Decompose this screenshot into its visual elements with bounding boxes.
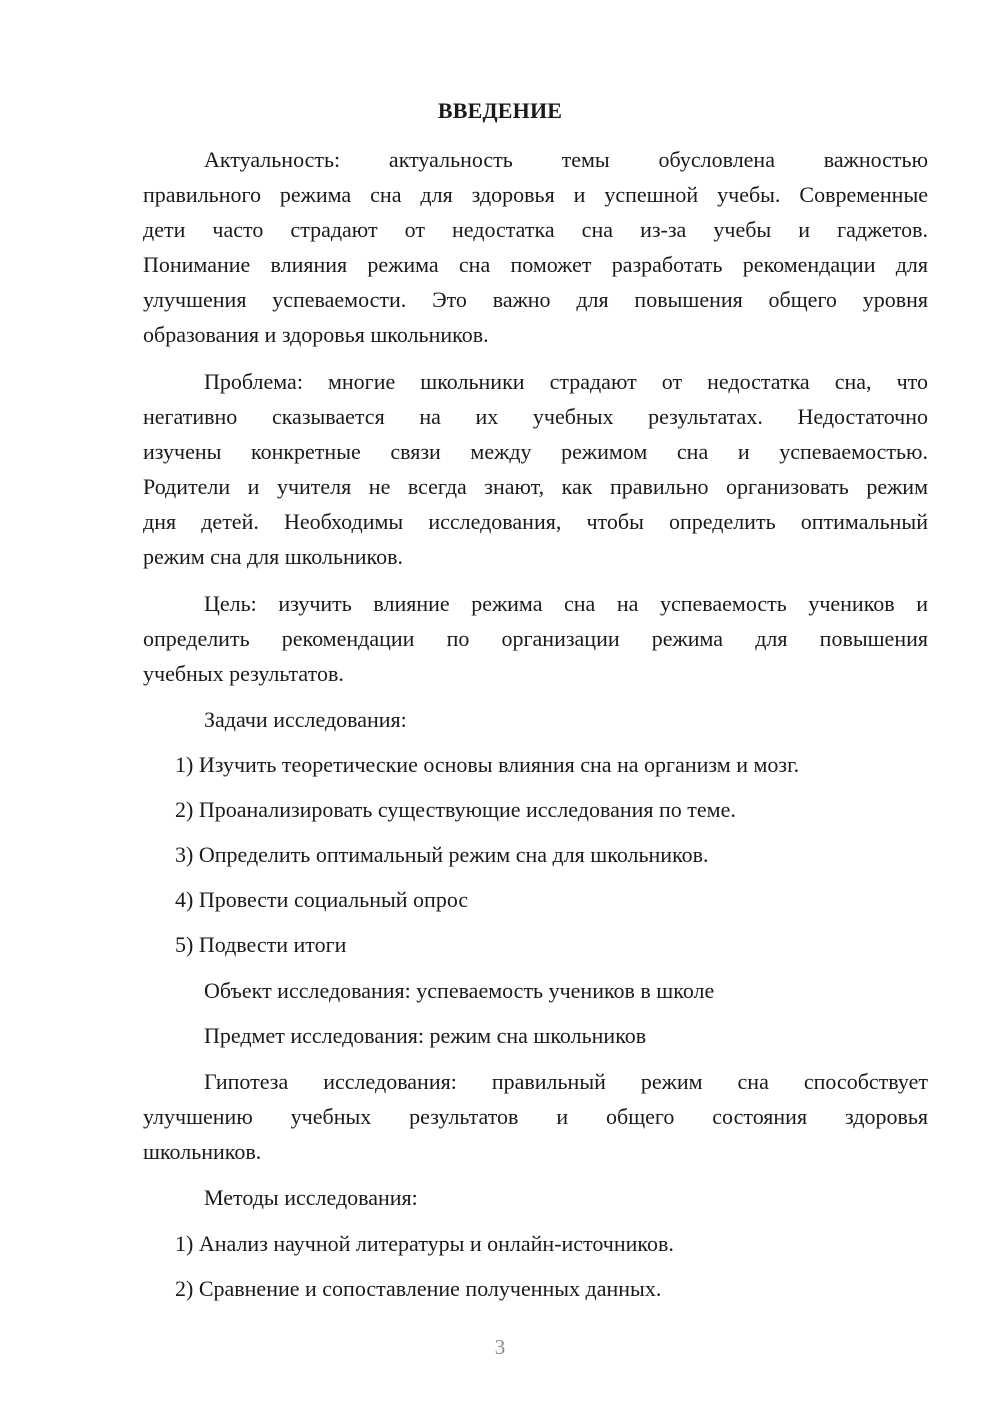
text-line: 1) Изучить теоретические основы влияния … bbox=[175, 750, 960, 780]
text-line: Понимание влияния режима сна поможет раз… bbox=[143, 250, 928, 280]
text-line: Актуальность: актуальность темы обусловл… bbox=[204, 145, 928, 175]
section-title: ВВЕДЕНИЕ bbox=[0, 96, 1000, 126]
text-line: школьников. bbox=[143, 1137, 928, 1167]
text-line: Цель: изучить влияние режима сна на успе… bbox=[204, 589, 928, 619]
text-line: 5) Подвести итоги bbox=[175, 930, 960, 960]
text-line: негативно сказывается на их учебных резу… bbox=[143, 402, 928, 432]
page-number: 3 bbox=[0, 1332, 1000, 1362]
text-line: Задачи исследования: bbox=[204, 705, 928, 735]
text-line: дня детей. Необходимы исследования, чтоб… bbox=[143, 507, 928, 537]
text-line: Родители и учителя не всегда знают, как … bbox=[143, 472, 928, 502]
text-line: режим сна для школьников. bbox=[143, 542, 928, 572]
text-line: Методы исследования: bbox=[204, 1183, 928, 1213]
text-line: определить рекомендации по организации р… bbox=[143, 624, 928, 654]
text-line: 2) Сравнение и сопоставление полученных … bbox=[175, 1274, 960, 1304]
text-line: образования и здоровья школьников. bbox=[143, 320, 928, 350]
text-line: улучшению учебных результатов и общего с… bbox=[143, 1102, 928, 1132]
text-line: Гипотеза исследования: правильный режим … bbox=[204, 1067, 928, 1097]
document-page: ВВЕДЕНИЕ Актуальность: актуальность темы… bbox=[0, 0, 1000, 1414]
text-line: улучшения успеваемости. Это важно для по… bbox=[143, 285, 928, 315]
text-line: 2) Проанализировать существующие исследо… bbox=[175, 795, 960, 825]
text-line: 3) Определить оптимальный режим сна для … bbox=[175, 840, 960, 870]
text-line: Проблема: многие школьники страдают от н… bbox=[204, 367, 928, 397]
text-line: 4) Провести социальный опрос bbox=[175, 885, 960, 915]
text-line: учебных результатов. bbox=[143, 659, 928, 689]
text-line: дети часто страдают от недостатка сна из… bbox=[143, 215, 928, 245]
text-line: 1) Анализ научной литературы и онлайн-ис… bbox=[175, 1229, 960, 1259]
text-line: изучены конкретные связи между режимом с… bbox=[143, 437, 928, 467]
text-line: Объект исследования: успеваемость ученик… bbox=[204, 976, 928, 1006]
text-line: Предмет исследования: режим сна школьник… bbox=[204, 1021, 928, 1051]
text-line: правильного режима сна для здоровья и ус… bbox=[143, 180, 928, 210]
